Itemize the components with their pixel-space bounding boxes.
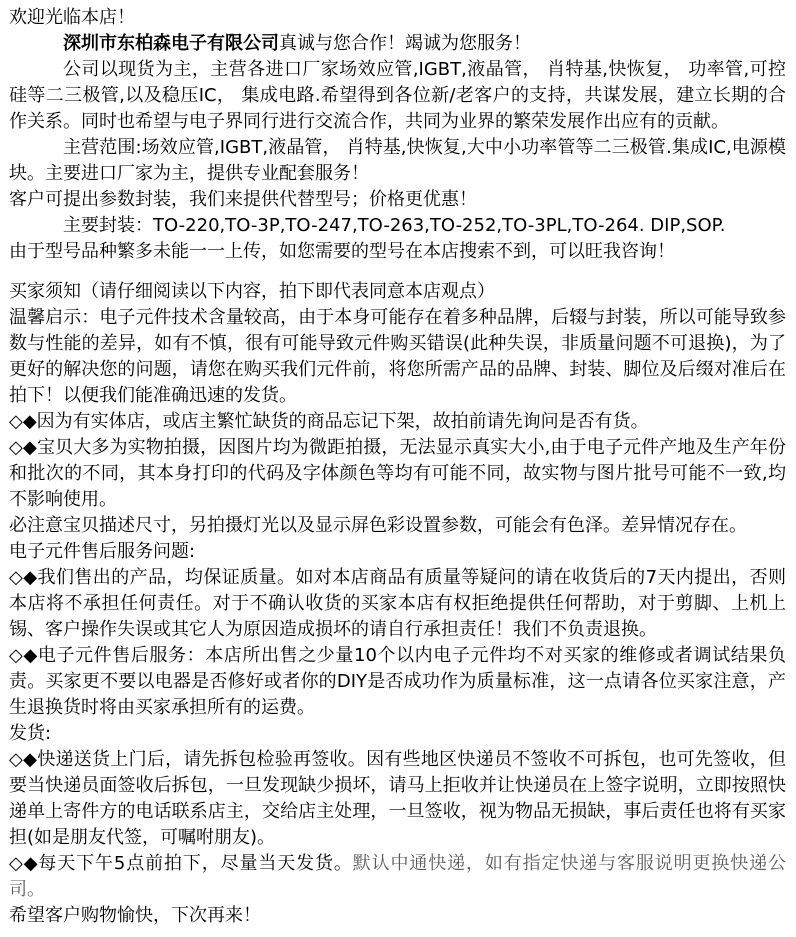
aftersale-quality-paragraph: ◇◆我们售出的产品，均保证质量。如对本店商品有质量等疑问的请在收货后的7天内提出…	[9, 565, 786, 643]
shipping-time-paragraph: ◇◆每天下午5点前拍下，尽量当天发货。默认中通快递，如有指定快递与客服说明更换快…	[9, 851, 786, 903]
company-tagline: 真诚与您合作！竭诚为您服务！	[279, 33, 531, 54]
shipping-title: 发货:	[9, 721, 786, 747]
stock-note-paragraph: ◇◆因为有实体店，或店主繁忙缺货的商品忘记下架，故拍前请先询问是否有货。	[9, 409, 786, 435]
package-types-paragraph: 主要封装：TO-220,TO-3P,TO-247,TO-263,TO-252,T…	[9, 213, 786, 239]
photo-note-paragraph: ◇◆宝贝大多为实物拍摄，因图片均为微距拍摄，无法显示真实大小,由于电子元件产地及…	[9, 435, 786, 513]
buyer-notice-title: 买家须知（请仔细阅读以下内容，拍下即代表同意本店观点）	[9, 279, 786, 305]
custom-offer-paragraph: 客户可提出参数封装，我们来提供代替型号；价格更优惠！	[9, 187, 786, 213]
warm-notice-paragraph: 温馨启示：电子元件技术含量较高，由于本身可能存在着多种品牌，后辍与封装，所以可能…	[9, 305, 786, 409]
intro-paragraph: 公司以现货为主，主营各进口厂家场效应管,IGBT,液晶管， 肖特基,快恢复， 功…	[9, 57, 786, 135]
aftersale-title: 电子元件售后服务问题:	[9, 539, 786, 565]
shipping-inspect-paragraph: ◇◆快递送货上门后，请先拆包检验再签收。因有些地区快递员不签收不可拆包，也可先签…	[9, 747, 786, 851]
company-name: 深圳市东柏森电子有限公司	[63, 33, 279, 54]
closing-line: 希望客户购物愉快，下次再来！	[9, 903, 786, 929]
product-description-document: 欢迎光临本店！ 深圳市东柏森电子有限公司真诚与您合作！竭诚为您服务！ 公司以现货…	[0, 0, 796, 937]
size-note-paragraph: 必注意宝贝描述尺寸，另拍摄灯光以及显示屏色彩设置参数，可能会有色泽。差异情况存在…	[9, 513, 786, 539]
company-line: 深圳市东柏森电子有限公司真诚与您合作！竭诚为您服务！	[9, 31, 786, 57]
business-scope-paragraph: 主营范围:场效应管,IGBT,液晶管， 肖特基,快恢复,大中小功率管等二三极管.…	[9, 135, 786, 187]
shipping-time-main: ◇◆每天下午5点前拍下，尽量当天发货。	[9, 853, 353, 874]
welcome-line: 欢迎光临本店！	[9, 5, 786, 31]
search-note-paragraph: 由于型号品种繁多未能一一上传，如您需要的型号在本店搜索不到，可以旺我咨询！	[9, 239, 786, 265]
aftersale-service-paragraph: ◇◆电子元件售后服务：本店所出售之少量10个以内电子元件均不对买家的维修或者调试…	[9, 643, 786, 721]
